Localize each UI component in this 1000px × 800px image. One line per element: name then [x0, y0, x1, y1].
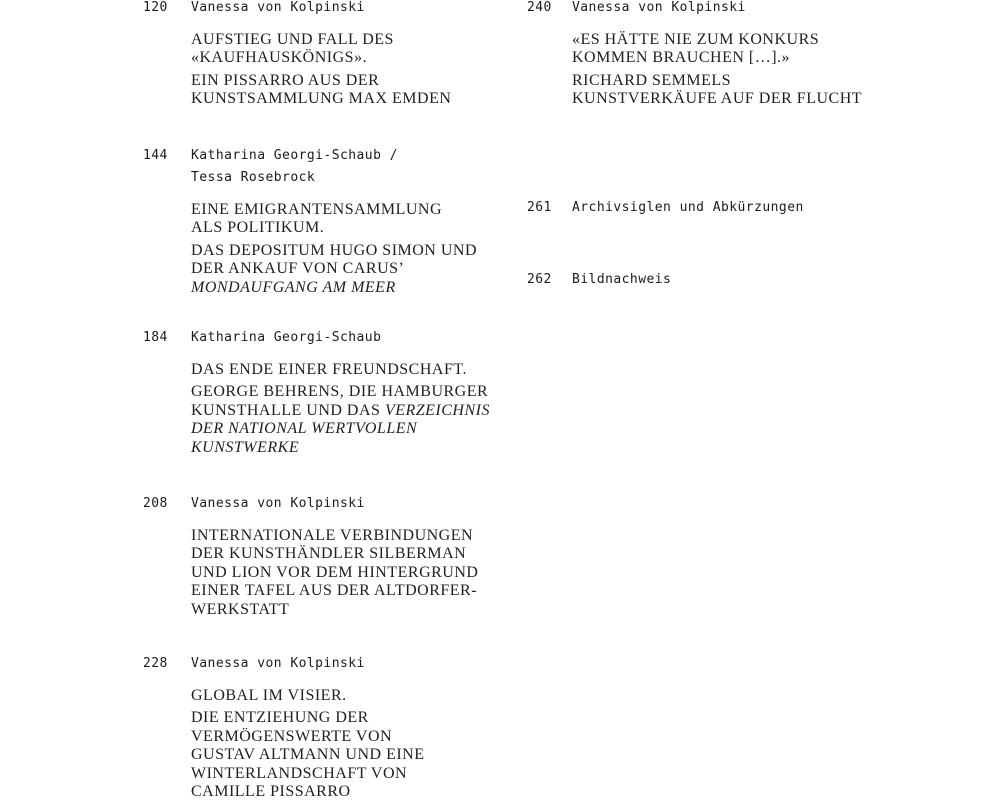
entry-author: Katharina Georgi-Schaub — [191, 327, 381, 349]
title-segment: KUNSTVERKÄUFE AUF DER FLUCHT — [572, 90, 862, 107]
title-segment: MONDAUFGANG AM MEER — [191, 279, 396, 296]
entry-head: 184Katharina Georgi-Schaub — [143, 327, 490, 349]
title-line: GLOBAL IM VISIER. — [191, 687, 425, 705]
entry-title: «ES HÄTTE NIE ZUM KONKURSKOMMEN BRAUCHEN… — [572, 31, 862, 109]
entry-author: Tessa Rosebrock — [191, 167, 398, 189]
title-segment: CAMILLE PISSARRO — [191, 783, 351, 800]
entry-head-lines: Katharina Georgi-Schaub — [191, 327, 381, 349]
title-line: KUNSTHALLE UND DAS VERZEICHNIS — [191, 402, 490, 420]
entry-title: AUFSTIEG UND FALL DES«KAUFHAUSKÖNIGS».EI… — [191, 31, 451, 109]
title-segment: INTERNATIONALE VERBINDUNGEN — [191, 527, 473, 544]
title-line: DAS ENDE EINER FREUNDSCHAFT. — [191, 361, 490, 379]
title-segment: GEORGE BEHRENS, DIE HAMBURGER — [191, 383, 488, 400]
entry-head: 262Bildnachweis — [527, 269, 671, 291]
entry-label: Archivsiglen und Abkürzungen — [572, 197, 804, 219]
title-part: RICHARD SEMMELSKUNSTVERKÄUFE AUF DER FLU… — [572, 72, 862, 109]
title-segment: AUFSTIEG UND FALL DES — [191, 31, 394, 48]
title-line: KUNSTSAMMLUNG MAX EMDEN — [191, 90, 451, 108]
title-segment: EIN PISSARRO AUS DER — [191, 72, 379, 89]
title-line: DER NATIONAL WERTVOLLEN — [191, 420, 490, 438]
entry-title: GLOBAL IM VISIER.DIE ENTZIEHUNG DERVERMÖ… — [191, 687, 425, 800]
title-line: EINE EMIGRANTENSAMMLUNG — [191, 201, 477, 219]
entry-author: Vanessa von Kolpinski — [191, 493, 365, 515]
title-part: DIE ENTZIEHUNG DERVERMÖGENSWERTE VONGUST… — [191, 709, 425, 800]
entry-head-lines: Vanessa von Kolpinski — [191, 0, 365, 19]
entry-head: 261Archivsiglen und Abkürzungen — [527, 197, 804, 219]
title-line: KOMMEN BRAUCHEN […].» — [572, 49, 862, 67]
title-segment: DER KUNSTHÄNDLER SILBERMAN — [191, 545, 466, 562]
title-line: «KAUFHAUSKÖNIGS». — [191, 49, 451, 67]
entry-head: 120Vanessa von Kolpinski — [143, 0, 451, 19]
entry-head-lines: Vanessa von Kolpinski — [572, 0, 746, 19]
title-segment: DAS ENDE EINER FREUNDSCHAFT. — [191, 361, 467, 378]
title-line: DER KUNSTHÄNDLER SILBERMAN — [191, 545, 478, 563]
entry-head: 240Vanessa von Kolpinski — [527, 0, 862, 19]
title-segment: KOMMEN BRAUCHEN […].» — [572, 49, 790, 66]
toc-entry: 262Bildnachweis — [527, 269, 671, 291]
title-line: «ES HÄTTE NIE ZUM KONKURS — [572, 31, 862, 49]
entry-title: EINE EMIGRANTENSAMMLUNGALS POLITIKUM.DAS… — [191, 201, 477, 297]
page-number: 240 — [527, 0, 572, 19]
title-segment: RICHARD SEMMELS — [572, 72, 731, 89]
page-number: 120 — [143, 0, 191, 19]
toc-page: 120Vanessa von KolpinskiAUFSTIEG UND FAL… — [0, 0, 1000, 800]
title-segment: VERMÖGENSWERTE VON — [191, 728, 392, 745]
title-part: EIN PISSARRO AUS DERKUNSTSAMMLUNG MAX EM… — [191, 72, 451, 109]
entry-label: Bildnachweis — [572, 269, 671, 291]
title-segment: GUSTAV ALTMANN UND EINE — [191, 746, 425, 763]
title-segment: GLOBAL IM VISIER. — [191, 687, 347, 704]
title-segment: DIE ENTZIEHUNG DER — [191, 709, 369, 726]
entry-author: Vanessa von Kolpinski — [191, 653, 365, 675]
title-segment: VERZEICHNIS — [385, 402, 490, 419]
toc-entry: 228Vanessa von KolpinskiGLOBAL IM VISIER… — [143, 653, 425, 800]
title-segment: KUNSTWERKE — [191, 439, 299, 456]
entry-title: DAS ENDE EINER FREUNDSCHAFT.GEORGE BEHRE… — [191, 361, 490, 457]
title-segment: ALS POLITIKUM. — [191, 219, 324, 236]
entry-head-lines: Vanessa von Kolpinski — [191, 653, 365, 675]
title-part: DAS DEPOSITUM HUGO SIMON UNDDER ANKAUF V… — [191, 242, 477, 297]
toc-entry: 208Vanessa von KolpinskiINTERNATIONALE V… — [143, 493, 478, 619]
page-number: 228 — [143, 653, 191, 675]
title-line: GUSTAV ALTMANN UND EINE — [191, 746, 425, 764]
entry-head-lines: Bildnachweis — [572, 269, 671, 291]
title-line: KUNSTWERKE — [191, 439, 490, 457]
title-line: CAMILLE PISSARRO — [191, 783, 425, 800]
title-segment: UND LION VOR DEM HINTERGRUND — [191, 564, 478, 581]
title-segment: EINER TAFEL AUS DER ALTDORFER- — [191, 582, 477, 599]
title-line: VERMÖGENSWERTE VON — [191, 728, 425, 746]
page-number: 262 — [527, 269, 572, 291]
entry-head: 228Vanessa von Kolpinski — [143, 653, 425, 675]
title-line: DER ANKAUF VON CARUS’ — [191, 260, 477, 278]
title-part: EINE EMIGRANTENSAMMLUNGALS POLITIKUM. — [191, 201, 477, 238]
entry-author: Katharina Georgi-Schaub / — [191, 145, 398, 167]
page-number: 144 — [143, 145, 191, 167]
title-line: INTERNATIONALE VERBINDUNGEN — [191, 527, 478, 545]
title-part: AUFSTIEG UND FALL DES«KAUFHAUSKÖNIGS». — [191, 31, 451, 68]
toc-entry: 261Archivsiglen und Abkürzungen — [527, 197, 804, 219]
title-part: GLOBAL IM VISIER. — [191, 687, 425, 705]
title-segment: DER NATIONAL WERTVOLLEN — [191, 420, 417, 437]
entry-author: Vanessa von Kolpinski — [191, 0, 365, 19]
title-segment: KUNSTSAMMLUNG MAX EMDEN — [191, 90, 451, 107]
page-number: 208 — [143, 493, 191, 515]
title-line: GEORGE BEHRENS, DIE HAMBURGER — [191, 383, 490, 401]
title-line: EIN PISSARRO AUS DER — [191, 72, 451, 90]
title-part: INTERNATIONALE VERBINDUNGENDER KUNSTHÄND… — [191, 527, 478, 619]
title-part: DAS ENDE EINER FREUNDSCHAFT. — [191, 361, 490, 379]
title-line: MONDAUFGANG AM MEER — [191, 279, 477, 297]
toc-entry: 120Vanessa von KolpinskiAUFSTIEG UND FAL… — [143, 0, 451, 109]
title-segment: DAS DEPOSITUM HUGO SIMON UND — [191, 242, 477, 259]
title-segment: WERKSTATT — [191, 601, 289, 618]
entry-head: 208Vanessa von Kolpinski — [143, 493, 478, 515]
page-number: 184 — [143, 327, 191, 349]
entry-head-lines: Vanessa von Kolpinski — [191, 493, 365, 515]
title-line: UND LION VOR DEM HINTERGRUND — [191, 564, 478, 582]
title-segment: «KAUFHAUSKÖNIGS». — [191, 49, 367, 66]
toc-entry: 240Vanessa von Kolpinski«ES HÄTTE NIE ZU… — [527, 0, 862, 109]
title-part: GEORGE BEHRENS, DIE HAMBURGERKUNSTHALLE … — [191, 383, 490, 457]
title-line: WINTERLANDSCHAFT VON — [191, 765, 425, 783]
title-segment: KUNSTHALLE UND DAS — [191, 402, 385, 419]
title-line: RICHARD SEMMELS — [572, 72, 862, 90]
title-line: KUNSTVERKÄUFE AUF DER FLUCHT — [572, 90, 862, 108]
title-line: ALS POLITIKUM. — [191, 219, 477, 237]
title-line: WERKSTATT — [191, 601, 478, 619]
title-segment: WINTERLANDSCHAFT VON — [191, 765, 407, 782]
toc-entry: 144Katharina Georgi-Schaub /Tessa Rosebr… — [143, 145, 477, 297]
entry-author: Vanessa von Kolpinski — [572, 0, 746, 19]
toc-entry: 184Katharina Georgi-SchaubDAS ENDE EINER… — [143, 327, 490, 457]
title-segment: DER ANKAUF VON CARUS’ — [191, 260, 404, 277]
entry-head-lines: Archivsiglen und Abkürzungen — [572, 197, 804, 219]
title-segment: EINE EMIGRANTENSAMMLUNG — [191, 201, 442, 218]
title-part: «ES HÄTTE NIE ZUM KONKURSKOMMEN BRAUCHEN… — [572, 31, 862, 68]
entry-title: INTERNATIONALE VERBINDUNGENDER KUNSTHÄND… — [191, 527, 478, 619]
title-segment: «ES HÄTTE NIE ZUM KONKURS — [572, 31, 819, 48]
title-line: DAS DEPOSITUM HUGO SIMON UND — [191, 242, 477, 260]
page-number: 261 — [527, 197, 572, 219]
entry-head-lines: Katharina Georgi-Schaub /Tessa Rosebrock — [191, 145, 398, 189]
title-line: AUFSTIEG UND FALL DES — [191, 31, 451, 49]
title-line: EINER TAFEL AUS DER ALTDORFER- — [191, 582, 478, 600]
title-line: DIE ENTZIEHUNG DER — [191, 709, 425, 727]
entry-head: 144Katharina Georgi-Schaub /Tessa Rosebr… — [143, 145, 477, 189]
